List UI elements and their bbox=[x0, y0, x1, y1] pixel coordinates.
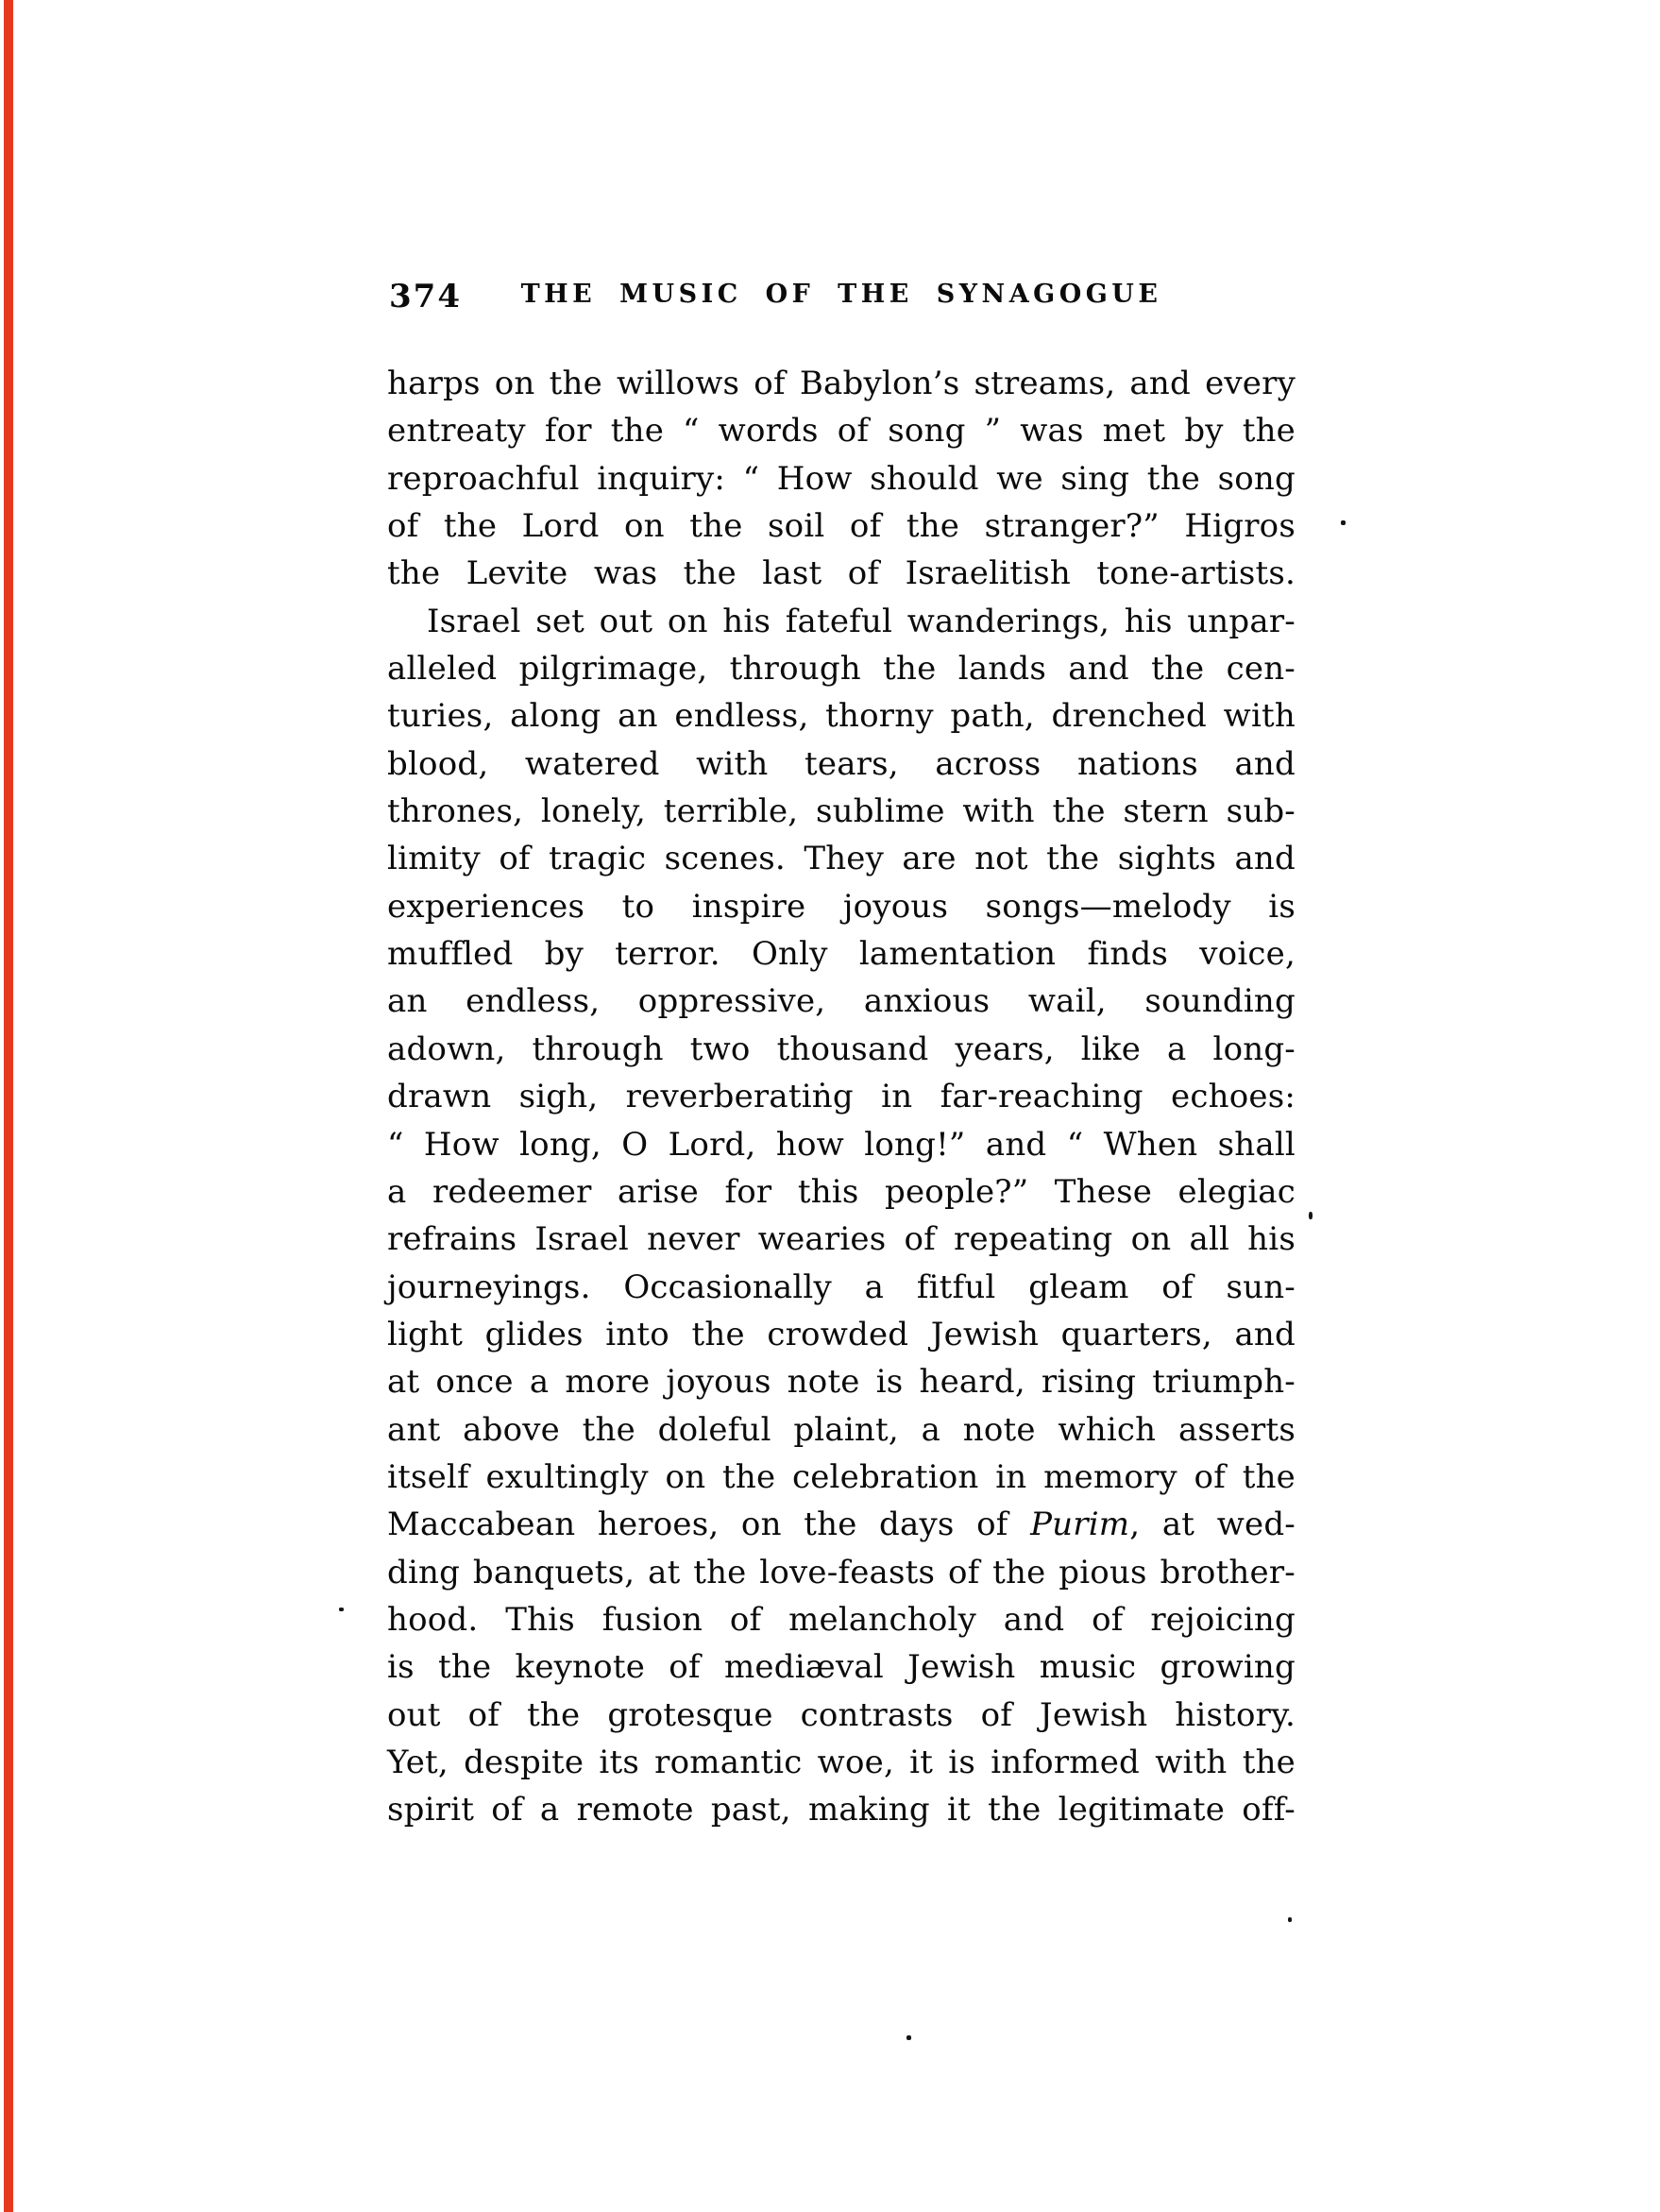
text-line: refrains Israel never wearies of repeati… bbox=[387, 1216, 1296, 1263]
scan-left-edge-line bbox=[4, 0, 13, 2212]
running-title: THE MUSIC OF THE SYNAGOGUE bbox=[387, 280, 1296, 309]
text-line: spirit of a remote past, making it the l… bbox=[387, 1786, 1296, 1833]
text-line: limity of tragic scenes. They are not th… bbox=[387, 835, 1296, 882]
text-line: light glides into the crowded Jewish qua… bbox=[387, 1311, 1296, 1358]
ink-speck bbox=[1288, 1917, 1292, 1922]
ink-speck bbox=[1341, 520, 1346, 525]
page-header: 374 THE MUSIC OF THE SYNAGOGUE bbox=[387, 276, 1296, 319]
text-line: turies, along an endless, thorny path, d… bbox=[387, 692, 1296, 740]
text-line: is the keynote of mediæval Jewish music … bbox=[387, 1643, 1296, 1691]
text-line: at once a more joyous note is heard, ris… bbox=[387, 1358, 1296, 1405]
text-line: experiences to inspire joyous songs—melo… bbox=[387, 883, 1296, 930]
text-line: drawn sigh, reverberatiṅg in far-reachin… bbox=[387, 1073, 1296, 1120]
text-line: reproachful inquiry: “ How should we sin… bbox=[387, 455, 1296, 502]
text-line: journeyings. Occasionally a fitful gleam… bbox=[387, 1264, 1296, 1311]
text-line: an endless, oppressive, anxious wail, so… bbox=[387, 978, 1296, 1025]
text-line: the Levite was the last of Israelitish t… bbox=[387, 550, 1296, 597]
text-line: ant above the doleful plaint, a note whi… bbox=[387, 1406, 1296, 1454]
text-line: out of the grotesque contrasts of Jewish… bbox=[387, 1692, 1296, 1739]
text-line: harps on the willows of Babylon’s stream… bbox=[387, 360, 1296, 407]
text-line: adown, through two thousand years, like … bbox=[387, 1026, 1296, 1073]
text-line: muffled by terror. Only lamentation find… bbox=[387, 930, 1296, 978]
text-line: ding banquets, at the love-feasts of the… bbox=[387, 1549, 1296, 1596]
body-text: harps on the willows of Babylon’s stream… bbox=[387, 360, 1296, 1834]
ink-speck bbox=[906, 2035, 911, 2040]
text-line: hood. This fusion of melancholy and of r… bbox=[387, 1596, 1296, 1643]
ink-speck bbox=[1309, 1212, 1313, 1219]
text-line: a redeemer arise for this people?” These… bbox=[387, 1168, 1296, 1216]
text-line: Yet, despite its romantic woe, it is inf… bbox=[387, 1739, 1296, 1786]
text-line: itself exultingly on the celebration in … bbox=[387, 1454, 1296, 1501]
text-line: alleled pilgrimage, through the lands an… bbox=[387, 645, 1296, 692]
book-page-scan: 374 THE MUSIC OF THE SYNAGOGUE harps on … bbox=[0, 0, 1660, 2212]
text-line: blood, watered with tears, across nation… bbox=[387, 740, 1296, 788]
text-line: “ How long, O Lord, how long!” and “ Whe… bbox=[387, 1121, 1296, 1168]
text-line: thrones, lonely, terrible, sublime with … bbox=[387, 788, 1296, 835]
text-line: entreaty for the “ words of song ” was m… bbox=[387, 407, 1296, 454]
ink-speck bbox=[339, 1608, 344, 1611]
text-line: Maccabean heroes, on the days of Purim, … bbox=[387, 1501, 1296, 1548]
text-line: of the Lord on the soil of the stranger?… bbox=[387, 502, 1296, 550]
text-line: Israel set out on his fateful wanderings… bbox=[387, 598, 1296, 645]
